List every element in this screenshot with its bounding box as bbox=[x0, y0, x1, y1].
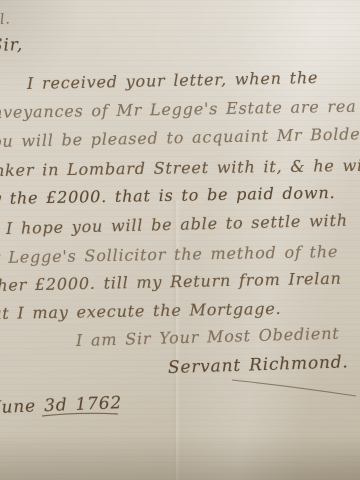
frame-bottom-shadow bbox=[0, 434, 360, 480]
signature-flourish-stroke bbox=[230, 372, 360, 402]
date-line: June 3d 1762 bbox=[0, 393, 122, 418]
letter-line-9: at I may execute the Mortgage. bbox=[0, 299, 282, 323]
letter-fragment-top: l. bbox=[0, 11, 11, 28]
closing-line: I am Sir Your Most Obedient bbox=[76, 324, 340, 350]
letter-photograph: l. Sir, I received your letter, when the… bbox=[0, 0, 360, 480]
letter-line-4: nker in Lombard Street with it, & he wil bbox=[0, 156, 360, 180]
signature: Servant Richmond. bbox=[168, 352, 349, 378]
salutation: Sir, bbox=[0, 35, 23, 56]
letter-line-8: ther £2000. till my Return from Irelan bbox=[0, 269, 342, 295]
letter-line-7: r Legge's Sollicitor the method of the bbox=[0, 242, 338, 267]
letter-line-5: y the £2000. that is to be paid down. bbox=[0, 183, 336, 208]
